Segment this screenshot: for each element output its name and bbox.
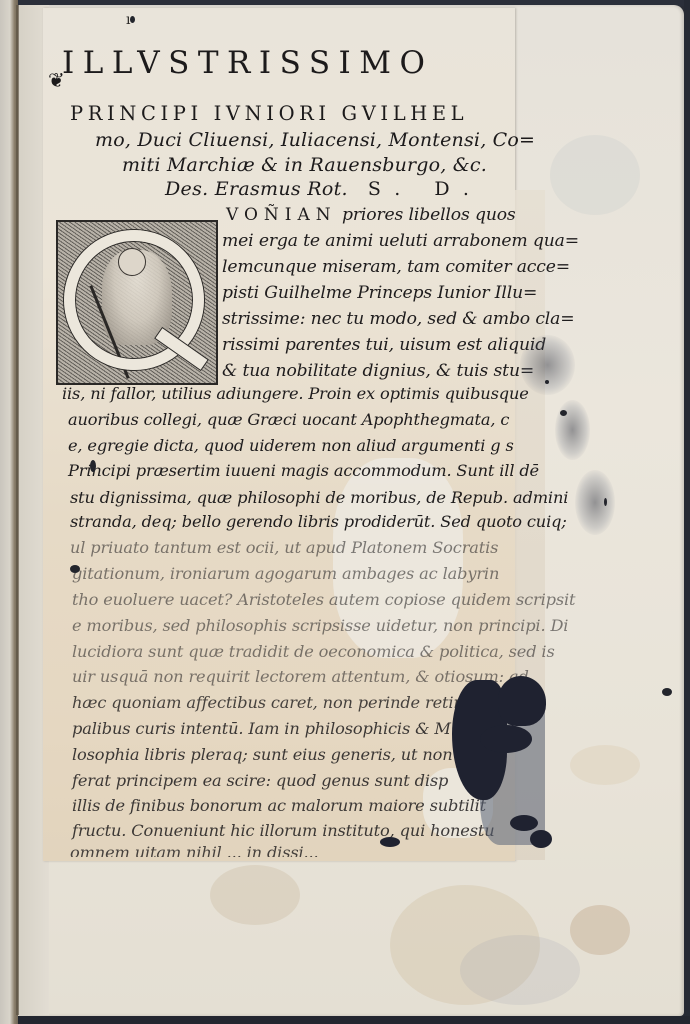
heading-titles-line-2: miti Marchiæ & in Rauensburgo, &c. xyxy=(122,154,487,176)
body-line: fructu. Conueniunt hic illorum instituto… xyxy=(72,821,495,840)
body-line: ferat principem ea scire: quod genus sun… xyxy=(72,771,448,790)
ink-speck xyxy=(545,380,549,384)
body-line: mei erga te animi ueluti arrabonem qua= xyxy=(222,231,579,251)
body-line: strissime: nec tu modo, sed & ambo cla= xyxy=(222,309,575,329)
body-line: e, egregie dicta, quod uiderem non aliud… xyxy=(68,436,514,455)
bleed-through-stain xyxy=(575,470,615,535)
author-name: Des. Erasmus Rot. xyxy=(165,178,348,200)
body-line: ul priuato tantum est ocii, ut apud Plat… xyxy=(70,538,498,557)
ink-speck xyxy=(90,460,96,472)
body-line: Principi præsertim iuueni magis accommod… xyxy=(68,461,539,480)
body-line: lemcunque miseram, tam comiter acce= xyxy=(222,257,570,277)
body-line: hæc quoniam affectibus caret, non perind… xyxy=(72,693,509,712)
body-line: tho euoluere uacet? Aristoteles autem co… xyxy=(72,590,575,609)
body-line: stranda, deq; bello gerendo libris prodi… xyxy=(70,512,567,531)
body-line: & tua nobilitate dignius, & tuis stu= xyxy=(222,361,534,381)
heading-author-line: Des. Erasmus Rot.S. D. xyxy=(165,178,483,200)
salutation: S. D. xyxy=(368,178,483,200)
body-line: illis de finibus bonorum ac malorum maio… xyxy=(72,796,486,815)
heading-titles-line: mo, Duci Cliuensi, Iuliacensi, Montensi,… xyxy=(95,129,535,151)
body-line: losophia libris pleraq; sunt eius generi… xyxy=(72,745,482,764)
bleed-through-stain xyxy=(520,335,575,395)
damage-hole xyxy=(498,676,546,726)
initial-letter: Q xyxy=(58,222,59,223)
heading-dedicatee: ILLVSTRISSIMO xyxy=(62,45,433,81)
body-line: omnem uitam nihil ... in dissi... xyxy=(70,843,319,857)
body-line: iis, ni fallor, utilius adiungere. Proin… xyxy=(62,384,529,403)
woodcut-initial-q: Q xyxy=(56,220,218,385)
body-line: VOÑIAN priores libellos quos xyxy=(226,205,516,225)
ink-speck xyxy=(130,16,135,23)
ink-speck xyxy=(662,688,672,696)
body-line: rissimi parentes tui, uisum est aliquid xyxy=(222,335,546,355)
body-line: stu dignissima, quæ philosophi de moribu… xyxy=(70,488,568,507)
body-line: pisti Guilhelme Princeps Iunior Illu= xyxy=(222,283,537,303)
body-line: auoribus collegi, quæ Græci uocant Apoph… xyxy=(68,410,509,429)
opening-caps: VOÑIAN xyxy=(226,205,337,225)
body-line: uir usquā non requirit lectorem attentum… xyxy=(72,667,529,686)
body-line: e moribus, sed philosophis scripsisse ui… xyxy=(72,616,568,635)
damage-hole xyxy=(380,837,400,847)
bleed-through-stain xyxy=(555,400,590,460)
heading-principi: PRINCIPI IVNIORI GVILHEL xyxy=(70,102,468,125)
ink-speck xyxy=(70,565,80,573)
body-line: lucidiora sunt quæ tradidit de oeconomic… xyxy=(72,642,555,661)
damage-hole xyxy=(480,725,532,753)
ink-speck xyxy=(604,498,607,506)
body-line: gitationum, ironiarum agogarum ambages a… xyxy=(72,564,499,583)
body-line: palibus curis intentū. Iam in philosophi… xyxy=(72,719,471,738)
damage-hole xyxy=(530,830,552,848)
ink-speck xyxy=(560,410,567,416)
damage-hole xyxy=(510,815,538,831)
